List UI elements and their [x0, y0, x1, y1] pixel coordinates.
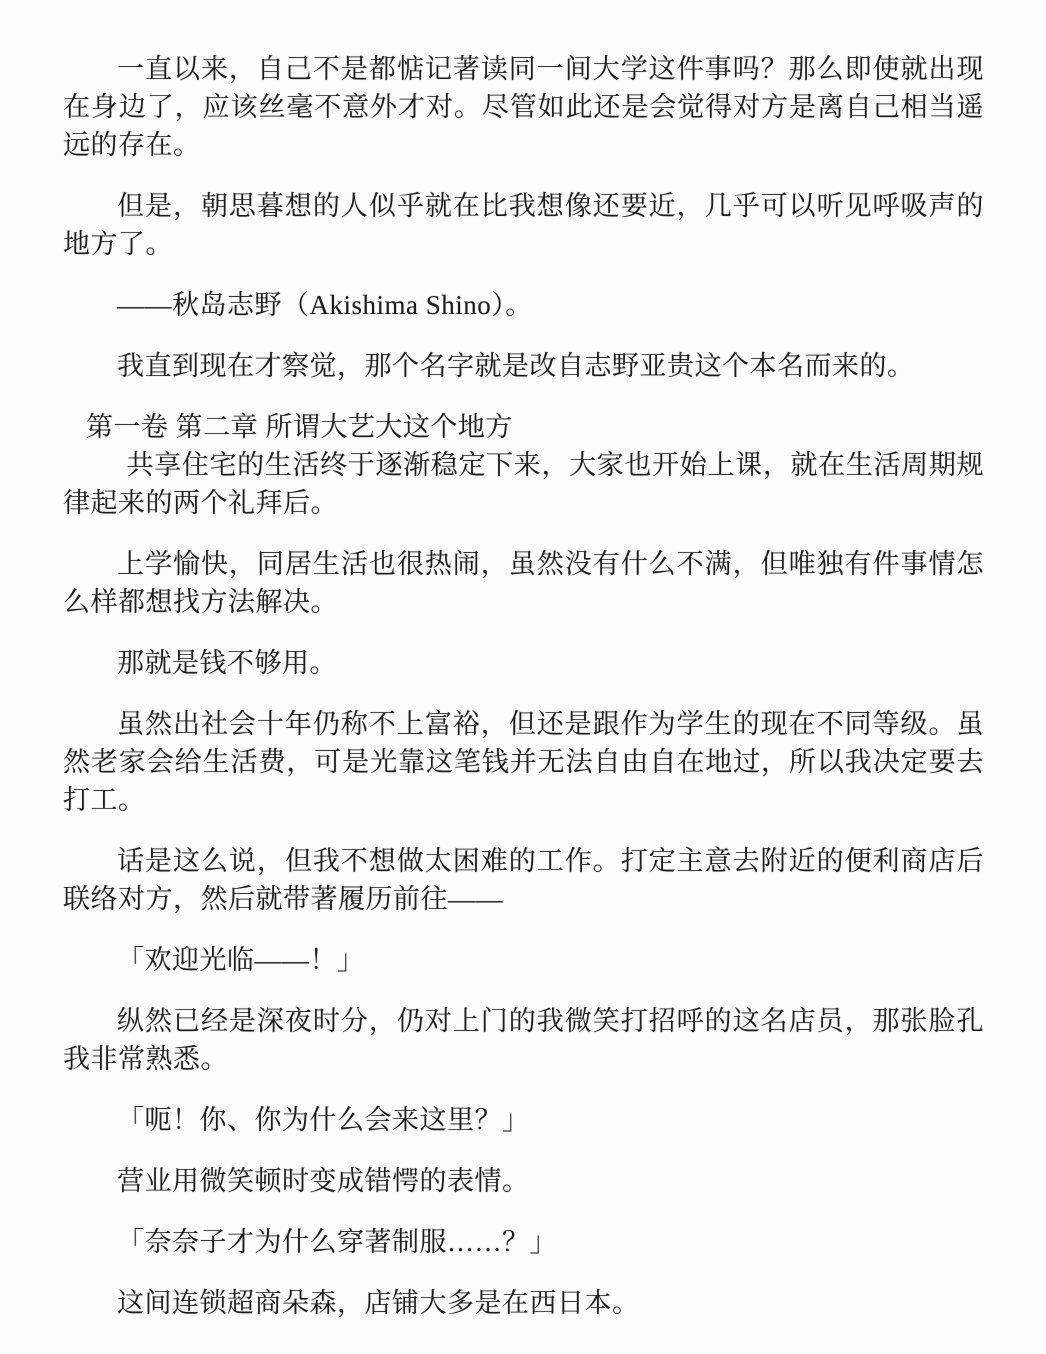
novel-page: 一直以来，自己不是都惦记著读同一间大学这件事吗？那么即使就出现在身边了，应该丝毫…	[0, 0, 1046, 1354]
paragraph: 但是，朝思暮想的人似乎就在比我想像还要近，几乎可以听见呼吸声的地方了。	[63, 187, 984, 263]
chapter-heading: 第一卷 第二章 所谓大艺大这个地方	[63, 408, 984, 446]
paragraph: 上学愉快，同居生活也很热闹，虽然没有什么不满，但唯独有件事情怎么样都想找方法解决…	[63, 545, 984, 621]
paragraph: 共享住宅的生活终于逐渐稳定下来，大家也开始上课，就在生活周期规律起来的两个礼拜后…	[63, 446, 984, 522]
paragraph: 那就是钱不够用。	[63, 644, 984, 682]
paragraph: 一直以来，自己不是都惦记著读同一间大学这件事吗？那么即使就出现在身边了，应该丝毫…	[63, 50, 984, 164]
dialogue-line: 「呃！你、你为什么会来这里？」	[63, 1101, 984, 1139]
paragraph: 纵然已经是深夜时分，仍对上门的我微笑打招呼的这名店员，那张脸孔我非常熟悉。	[63, 1002, 984, 1078]
paragraph: 虽然出社会十年仍称不上富裕，但还是跟作为学生的现在不同等级。虽然老家会给生活费，…	[63, 705, 984, 819]
text-column: 一直以来，自己不是都惦记著读同一间大学这件事吗？那么即使就出现在身边了，应该丝毫…	[63, 50, 984, 1322]
paragraph: ——秋岛志野（Akishima Shino）。	[63, 286, 984, 324]
dialogue-line: 「奈奈子才为什么穿著制服……？」	[63, 1223, 984, 1261]
paragraph: 营业用微笑顿时变成错愕的表情。	[63, 1162, 984, 1200]
paragraph: 我直到现在才察觉，那个名字就是改自志野亚贵这个本名而来的。	[63, 347, 984, 385]
paragraph: 话是这么说，但我不想做太困难的工作。打定主意去附近的便利商店后联络对方，然后就带…	[63, 842, 984, 918]
dialogue-line: 「欢迎光临——！」	[63, 941, 984, 979]
paragraph: 这间连锁超商朵森，店铺大多是在西日本。	[63, 1284, 984, 1322]
